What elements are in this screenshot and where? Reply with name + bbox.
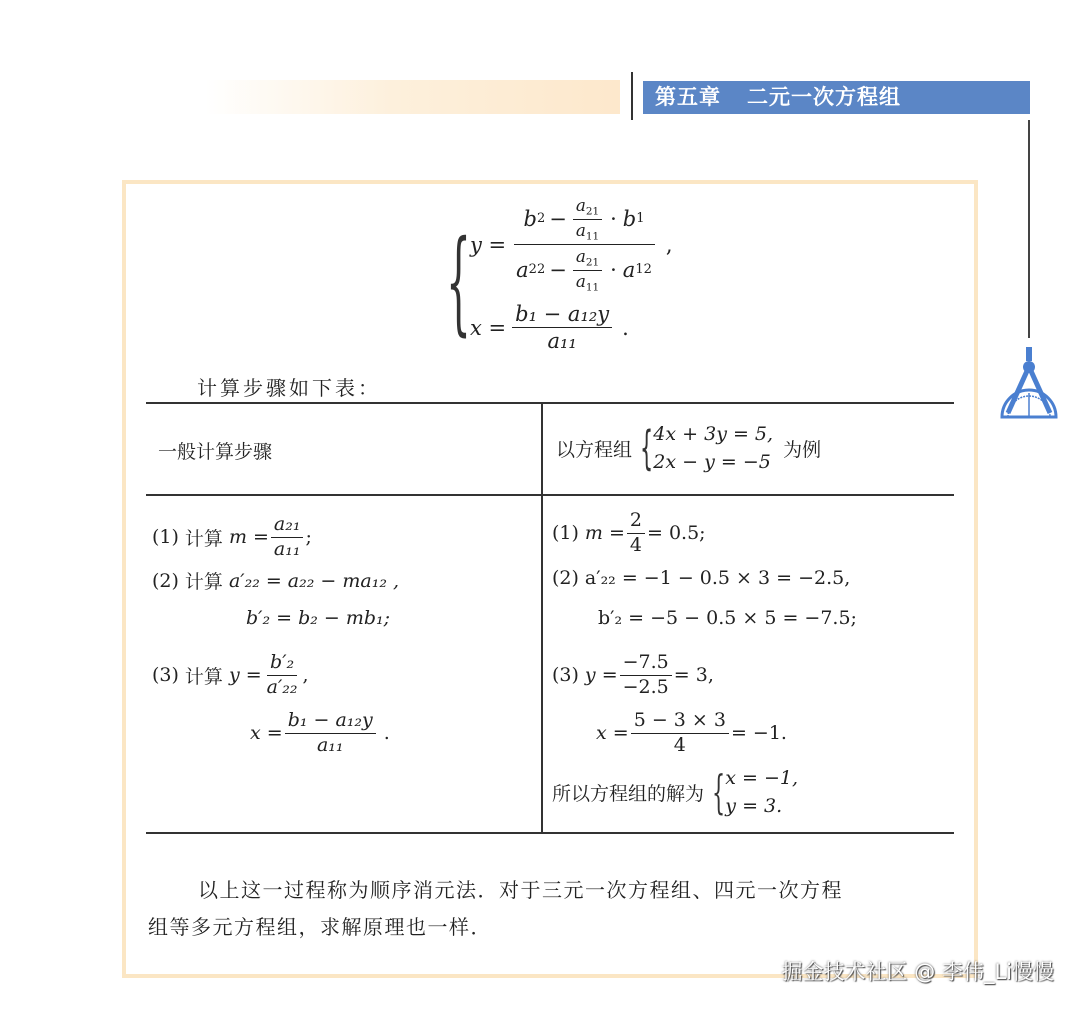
inner-fraction: a21 a11 [573,247,602,293]
table-header-rule [146,494,954,496]
b2: b [524,207,537,231]
example-solution: 所以方程组的解为 { x = −1, y = 3. [552,764,798,820]
rhs: = 0.5; [647,522,706,544]
numerator: 5 − 3 × 3 [631,710,729,734]
table-top-rule [146,402,954,404]
chapter-title: 二元一次方程组 [747,85,901,109]
terminator: . [384,722,390,744]
a21: a [576,195,586,215]
example-step-2-line2: b′₂ = −5 − 0.5 × 5 = −7.5; [598,607,857,629]
general-step-2-line2: b′₂ = b₂ − mb₁; [246,607,390,629]
equation-2: 2x − y = −5 [653,448,773,476]
general-step-3-x: x = b₁ − a₁₂ya₁₁ . [250,710,390,757]
b2-sub: 2 [537,212,545,227]
a12: a [623,258,636,282]
x-denominator: a₁₁ [544,328,579,353]
table-bottom-rule [146,832,954,834]
dot: · [610,207,617,231]
a11: a [576,220,586,240]
a12-sub: 12 [635,263,652,278]
example-step-2: (2) a′₂₂ = −1 − 0.5 × 3 = −2.5, [552,567,850,589]
lhs: m = [585,522,625,544]
x-formula: x = b₁ − a₁₂y a₁₁ . [470,302,629,353]
step-number: (2) [152,570,179,592]
denominator: 4 [671,734,689,757]
watermark: 掘金技术社区 @ 李伟_Li慢慢 [782,956,1054,986]
chapter-banner: 第五章二元一次方程组 [643,81,1030,114]
lead-text: 计算步骤如下表： [197,372,381,401]
terminator: ; [305,526,311,548]
header-divider [631,72,633,120]
equation-1: 4x + 3y = 5, [653,420,773,448]
formula-line: a′₂₂ = a₂₂ − ma₁₂ , [229,570,399,592]
step-verb: 计算 [185,524,223,551]
solution-system: x = −1, y = 3. [725,764,798,820]
a21: a [576,246,586,266]
example-step-3: (3) y = −7.5−2.5 = 3, [552,652,714,699]
dot: · [610,258,617,282]
step-number: (3) [552,664,579,686]
step-number: (2) [552,567,579,589]
paragraph-line-1: 以上这一过程称为顺序消元法．对于三元一次方程组、四元一次方程 [148,872,958,909]
steps-table: 一般计算步骤 以方程组 { 4x + 3y = 5, 2x − y = −5 为… [146,402,954,834]
table-column-divider [541,402,543,834]
x-fraction: b₁ − a₁₂y a₁₁ [512,302,612,353]
header-general-steps: 一般计算步骤 [158,437,272,464]
a21-sub: 21 [586,257,599,269]
numerator: a₂₁ [271,514,304,538]
left-brace: { [640,425,653,471]
denominator: −2.5 [620,676,672,699]
example-step-3-x: x = 5 − 3 × 34 = −1. [596,710,787,757]
header-example-suffix: 为例 [783,435,821,462]
a22-sub: 22 [529,263,546,278]
b1: b [623,207,636,231]
x-numerator: b₁ − a₁₂y [512,302,612,328]
step-verb: 计算 [185,567,223,594]
lhs: m = [229,526,269,548]
a11-sub: 11 [586,282,599,294]
left-brace: { [712,769,725,815]
chapter-label: 第五章 [655,85,721,109]
general-step-3: (3) 计算 y = b′₂a′₂₂ , [152,652,309,699]
denominator: a₁₁ [271,538,304,561]
inner-fraction: a21 a11 [573,196,602,242]
step-number: (3) [152,664,179,686]
denominator: a′₂₂ [264,676,301,699]
numerator: 2 [627,510,645,534]
solution-x: x = −1, [725,764,798,792]
header-gradient-band [205,80,620,114]
lhs: y = [585,664,618,686]
y-fraction: b2 − a21 a11 · b1 a22 − a21 a11 · a12 [512,196,656,294]
lhs: y = [229,664,262,686]
paragraph-line-2: 组等多元方程组，求解原理也一样． [148,909,958,946]
y-formula: y = b2 − a21 a11 · b1 a22 − a21 a11 · [470,196,673,294]
example-system: 4x + 3y = 5, 2x − y = −5 [653,420,773,476]
lhs: x = [596,722,629,744]
formula-line: b′₂ = b₂ − mb₁; [246,607,390,629]
solution-prefix: 所以方程组的解为 [552,779,704,806]
general-step-1: (1) 计算 m = a₂₁a₁₁ ; [152,514,312,561]
terminator: , [303,664,309,686]
minus: − [549,207,567,231]
left-brace: { [446,226,471,338]
a22: a [516,258,529,282]
formula-line: a′₂₂ = −1 − 0.5 × 3 = −2.5, [585,567,850,589]
minus: − [549,258,567,282]
numerator: b₁ − a₁₂y [285,710,376,734]
x-lhs: x = [470,316,506,340]
period: . [622,316,629,340]
general-step-2: (2) 计算 a′₂₂ = a₂₂ − ma₁₂ , [152,567,399,594]
comma: , [666,233,673,257]
compass-protractor-icon [1000,345,1058,420]
formula-line: b′₂ = −5 − 0.5 × 5 = −7.5; [598,607,857,629]
rhs: = 3, [674,664,714,686]
example-step-1: (1) m = 24 = 0.5; [552,510,706,557]
numerator: −7.5 [620,652,672,676]
step-verb: 计算 [185,662,223,689]
denominator: a₁₁ [314,734,347,757]
a21-sub: 21 [586,206,599,218]
solution-y: y = 3. [725,792,798,820]
step-number: (1) [152,526,179,548]
b1-sub: 1 [636,212,644,227]
side-rule [1028,120,1030,338]
a11: a [576,271,586,291]
closing-paragraph: 以上这一过程称为顺序消元法．对于三元一次方程组、四元一次方程 组等多元方程组，求… [148,872,958,946]
numerator: b′₂ [267,652,297,676]
y-lhs: y = [470,233,506,257]
header-example: 以方程组 { 4x + 3y = 5, 2x − y = −5 为例 [556,420,821,476]
lhs: x = [250,722,283,744]
step-number: (1) [552,522,579,544]
a11-sub: 11 [586,230,599,242]
header-example-prefix: 以方程组 [556,435,632,462]
denominator: 4 [627,534,645,557]
rhs: = −1. [731,722,787,744]
